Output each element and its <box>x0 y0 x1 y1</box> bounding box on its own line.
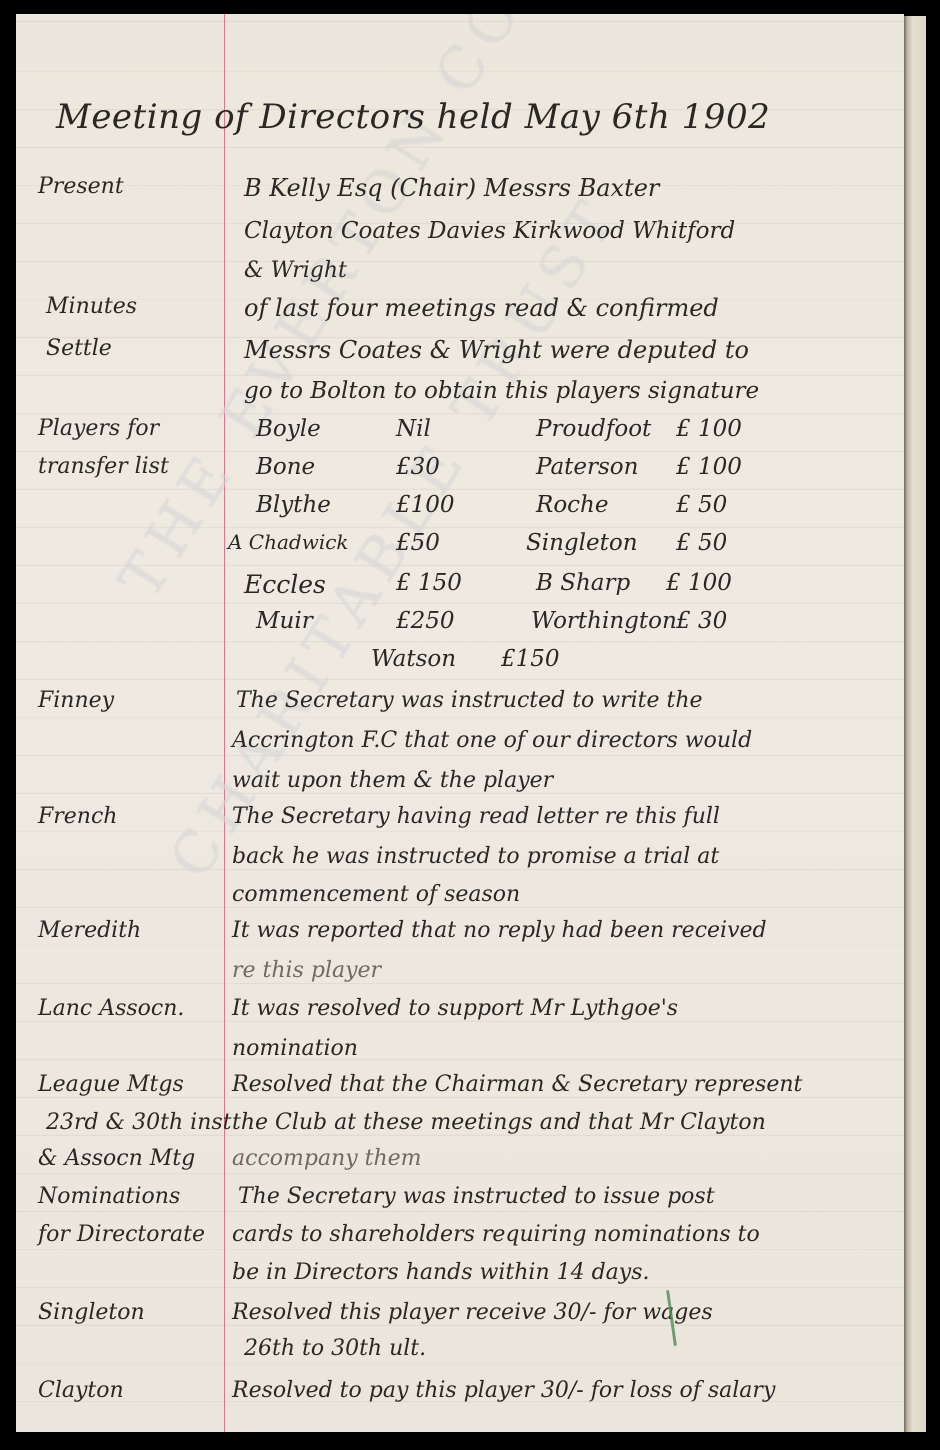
transfer-player-2: Paterson <box>536 456 638 479</box>
french-line-1: The Secretary having read letter re this… <box>232 806 720 828</box>
transfer-fee: £30 <box>396 456 440 479</box>
label-league-mtgs-1: League Mtgs <box>38 1074 184 1096</box>
transfer-fee-2: £ 100 <box>676 418 742 441</box>
label-minutes: Minutes <box>46 296 137 318</box>
label-lanc-assoc: Lanc Assocn. <box>38 998 184 1020</box>
label-meredith: Meredith <box>38 920 141 942</box>
label-transfer-list: transfer list <box>38 456 169 478</box>
minute-book-page: THE EVERTON COLLECTION CHARITABLE TRUST … <box>16 14 904 1432</box>
league-line-1: Resolved that the Chairman & Secretary r… <box>232 1074 802 1096</box>
transfer-player-2: B Sharp <box>536 572 630 595</box>
transfer-fee-2: £ 100 <box>666 572 732 595</box>
present-line-3: & Wright <box>244 260 347 282</box>
book-page-edge <box>904 16 926 1432</box>
transfer-fee-2: £ 30 <box>676 610 727 633</box>
label-settle: Settle <box>46 338 112 360</box>
label-nominations-1: Nominations <box>38 1186 180 1208</box>
label-league-mtgs-3: & Assocn Mtg <box>38 1148 195 1170</box>
label-french: French <box>38 806 117 828</box>
lanc-assoc-line-2: nomination <box>232 1038 358 1060</box>
settle-line-1: Messrs Coates & Wright were deputed to <box>244 338 749 362</box>
transfer-fee: £150 <box>501 648 560 671</box>
transfer-fee-2: £ 100 <box>676 456 742 479</box>
label-singleton: Singleton <box>38 1302 145 1324</box>
transfer-player: Blythe <box>256 494 331 517</box>
league-line-3: accompany them <box>232 1148 422 1170</box>
transfer-player-2: Singleton <box>526 532 638 555</box>
settle-line-2: go to Bolton to obtain this players sign… <box>244 380 759 403</box>
label-players-for: Players for <box>38 418 159 440</box>
clayton-line-1: Resolved to pay this player 30/- for los… <box>232 1380 775 1402</box>
french-line-3: commencement of season <box>232 884 520 906</box>
minutes-line-1: of last four meetings read & confirmed <box>244 296 719 320</box>
transfer-player: Watson <box>371 648 456 671</box>
page-title: Meeting of Directors held May 6th 1902 <box>56 100 770 134</box>
red-margin-line <box>224 14 225 1432</box>
nominations-line-1: The Secretary was instructed to issue po… <box>238 1186 715 1208</box>
meredith-line-1: It was reported that no reply had been r… <box>232 920 767 942</box>
nominations-line-2: cards to shareholders requiring nominati… <box>232 1224 760 1246</box>
transfer-player: A Chadwick <box>228 532 349 552</box>
transfer-player: Bone <box>256 456 315 479</box>
singleton-line-1: Resolved this player receive 30/- for wa… <box>232 1302 713 1324</box>
transfer-player: Boyle <box>256 418 321 441</box>
transfer-fee-2: £ 50 <box>676 532 727 555</box>
finney-line-1: The Secretary was instructed to write th… <box>236 690 703 712</box>
transfer-player: Muir <box>256 610 313 633</box>
transfer-fee: £ 150 <box>396 572 462 595</box>
league-line-2: the Club at these meetings and that Mr C… <box>232 1112 766 1134</box>
present-line-2: Clayton Coates Davies Kirkwood Whitford <box>244 220 735 243</box>
transfer-player: Eccles <box>244 572 326 597</box>
meredith-line-2: re this player <box>232 960 381 982</box>
label-clayton: Clayton <box>38 1380 124 1402</box>
label-nominations-2: for Directorate <box>38 1224 205 1246</box>
transfer-fee-2: £ 50 <box>676 494 727 517</box>
finney-line-2: Accrington F.C that one of our directors… <box>232 730 752 752</box>
transfer-player-2: Proudfoot <box>536 418 651 441</box>
transfer-fee: £50 <box>396 532 440 555</box>
french-line-2: back he was instructed to promise a tria… <box>232 846 719 868</box>
transfer-player-2: Roche <box>536 494 608 517</box>
transfer-fee: Nil <box>396 418 431 441</box>
lanc-assoc-line-1: It was resolved to support Mr Lythgoe's <box>232 998 678 1020</box>
nominations-line-3: be in Directors hands within 14 days. <box>232 1262 650 1284</box>
transfer-fee: £100 <box>396 494 455 517</box>
singleton-line-2: 26th to 30th ult. <box>244 1338 426 1360</box>
transfer-player-2: Worthington <box>531 610 677 633</box>
label-present: Present <box>38 176 124 198</box>
present-line-1: B Kelly Esq (Chair) Messrs Baxter <box>244 176 659 200</box>
label-league-mtgs-2: 23rd & 30th inst <box>46 1112 232 1134</box>
transfer-fee: £250 <box>396 610 455 633</box>
finney-line-3: wait upon them & the player <box>232 770 553 792</box>
label-finney: Finney <box>38 690 114 712</box>
